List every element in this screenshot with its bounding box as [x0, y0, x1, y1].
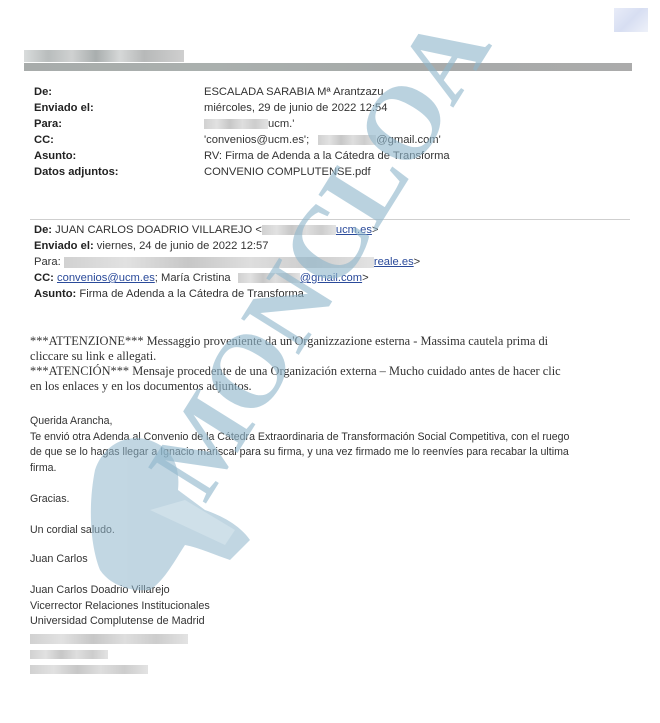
to-value: ucm.'	[204, 116, 294, 132]
header-row-sent: Enviado el: miércoles, 29 de junio de 20…	[34, 100, 450, 116]
body-line-1: Te envió otra Adenda al Convenio de la C…	[30, 430, 630, 446]
inner-from-row: De: JUAN CARLOS DOADRIO VILLAREJO <ucm.e…	[34, 222, 420, 238]
to-email-suffix: ucm.'	[268, 118, 294, 130]
redacted-corner-block	[614, 8, 648, 32]
redacted-email	[318, 135, 376, 145]
inner-subject-label: Asunto:	[34, 288, 76, 300]
redacted-signature-line	[30, 650, 108, 659]
to-label: Para:	[34, 116, 204, 132]
redacted-signature-line	[30, 665, 148, 674]
inner-cc-name: ; María Cristina	[155, 272, 231, 284]
warning-italian-line2: cliccare su link e allegati.	[30, 349, 650, 364]
attachment-filename[interactable]: CONVENIO COMPLUTENSE.pdf	[204, 164, 371, 180]
header-row-from: De: ESCALADA SARABIA Mª Arantzazu	[34, 84, 450, 100]
attachments-label: Datos adjuntos:	[34, 164, 204, 180]
subject-value: RV: Firma de Adenda a la Cátedra de Tran…	[204, 148, 450, 164]
inner-to-row: Para: reale.es>	[34, 254, 420, 270]
message-divider	[30, 219, 630, 220]
header-bar	[24, 63, 632, 71]
bracket-close: >	[414, 256, 421, 268]
from-value: ESCALADA SARABIA Mª Arantzazu	[204, 84, 384, 100]
inner-cc-email-link[interactable]: convenios@ucm.es	[57, 272, 155, 284]
signature-full-name: Juan Carlos Doadrio Villarejo	[30, 583, 210, 599]
subject-label: Asunto:	[34, 148, 204, 164]
header-row-to: Para: ucm.'	[34, 116, 450, 132]
closing: Un cordial saludo.	[30, 523, 630, 539]
inner-cc-label: CC:	[34, 272, 54, 284]
body-line-3: firma.	[30, 461, 630, 477]
warning-spanish-line2: en los enlaces y en los documentos adjun…	[30, 379, 650, 394]
signature: Juan Carlos Juan Carlos Doadrio Villarej…	[30, 552, 210, 674]
body-line-2: de que se lo hagas llegar a Ignacio mari…	[30, 445, 630, 461]
from-label: De:	[34, 84, 204, 100]
signature-institution: Universidad Complutense de Madrid	[30, 614, 210, 630]
inner-from-label: De:	[34, 224, 52, 236]
redacted-signature-line	[30, 634, 188, 644]
inner-to-label: Para:	[34, 256, 61, 268]
cc-label: CC:	[34, 132, 204, 148]
external-sender-warning: ***ATTENZIONE*** Messaggio proveniente d…	[30, 334, 650, 394]
signature-title: Vicerrector Relaciones Institucionales	[30, 599, 210, 615]
bracket-close: >	[372, 224, 379, 236]
inner-to-email-link[interactable]: reale.es	[374, 256, 414, 268]
inner-from-name: JUAN CARLOS DOADRIO VILLAREJO <	[55, 224, 262, 236]
cc-email-1: 'convenios@ucm.es';	[204, 134, 309, 146]
redacted-email	[238, 273, 300, 283]
bracket-close: >	[362, 272, 369, 284]
inner-cc-gmail-link[interactable]: @gmail.com	[300, 272, 362, 284]
header-row-attachments: Datos adjuntos: CONVENIO COMPLUTENSE.pdf	[34, 164, 450, 180]
warning-italian-line1: ***ATTENZIONE*** Messaggio proveniente d…	[30, 334, 650, 349]
thanks: Gracias.	[30, 492, 630, 508]
sent-label: Enviado el:	[34, 100, 204, 116]
greeting: Querida Arancha,	[30, 414, 630, 430]
inner-sent-label: Enviado el:	[34, 240, 94, 252]
sent-value: miércoles, 29 de junio de 2022 12:54	[204, 100, 387, 116]
outer-email-header: De: ESCALADA SARABIA Mª Arantzazu Enviad…	[34, 84, 450, 180]
cc-email-2-suffix: @gmail.com'	[376, 134, 440, 146]
inner-subject-value: Firma de Adenda a la Cátedra de Transfor…	[79, 288, 304, 300]
inner-email-header: De: JUAN CARLOS DOADRIO VILLAREJO <ucm.e…	[34, 222, 420, 302]
redacted-email	[262, 225, 336, 235]
inner-cc-row: CC: convenios@ucm.es; María Cristina @gm…	[34, 270, 420, 286]
cc-value: 'convenios@ucm.es'; @gmail.com'	[204, 132, 441, 148]
redacted-email	[204, 119, 268, 129]
redacted-sender-name	[24, 50, 184, 62]
message-body: Querida Arancha, Te envió otra Adenda al…	[30, 414, 630, 538]
header-row-subject: Asunto: RV: Firma de Adenda a la Cátedra…	[34, 148, 450, 164]
inner-from-email-link[interactable]: ucm.es	[336, 224, 372, 236]
header-row-cc: CC: 'convenios@ucm.es'; @gmail.com'	[34, 132, 450, 148]
signature-short-name: Juan Carlos	[30, 552, 210, 568]
warning-spanish-line1: ***ATENCIÓN*** Mensaje procedente de una…	[30, 364, 650, 379]
inner-subject-row: Asunto: Firma de Adenda a la Cátedra de …	[34, 286, 420, 302]
inner-sent-row: Enviado el: viernes, 24 de junio de 2022…	[34, 238, 420, 254]
inner-sent-value: viernes, 24 de junio de 2022 12:57	[97, 240, 269, 252]
redacted-email	[64, 257, 374, 268]
